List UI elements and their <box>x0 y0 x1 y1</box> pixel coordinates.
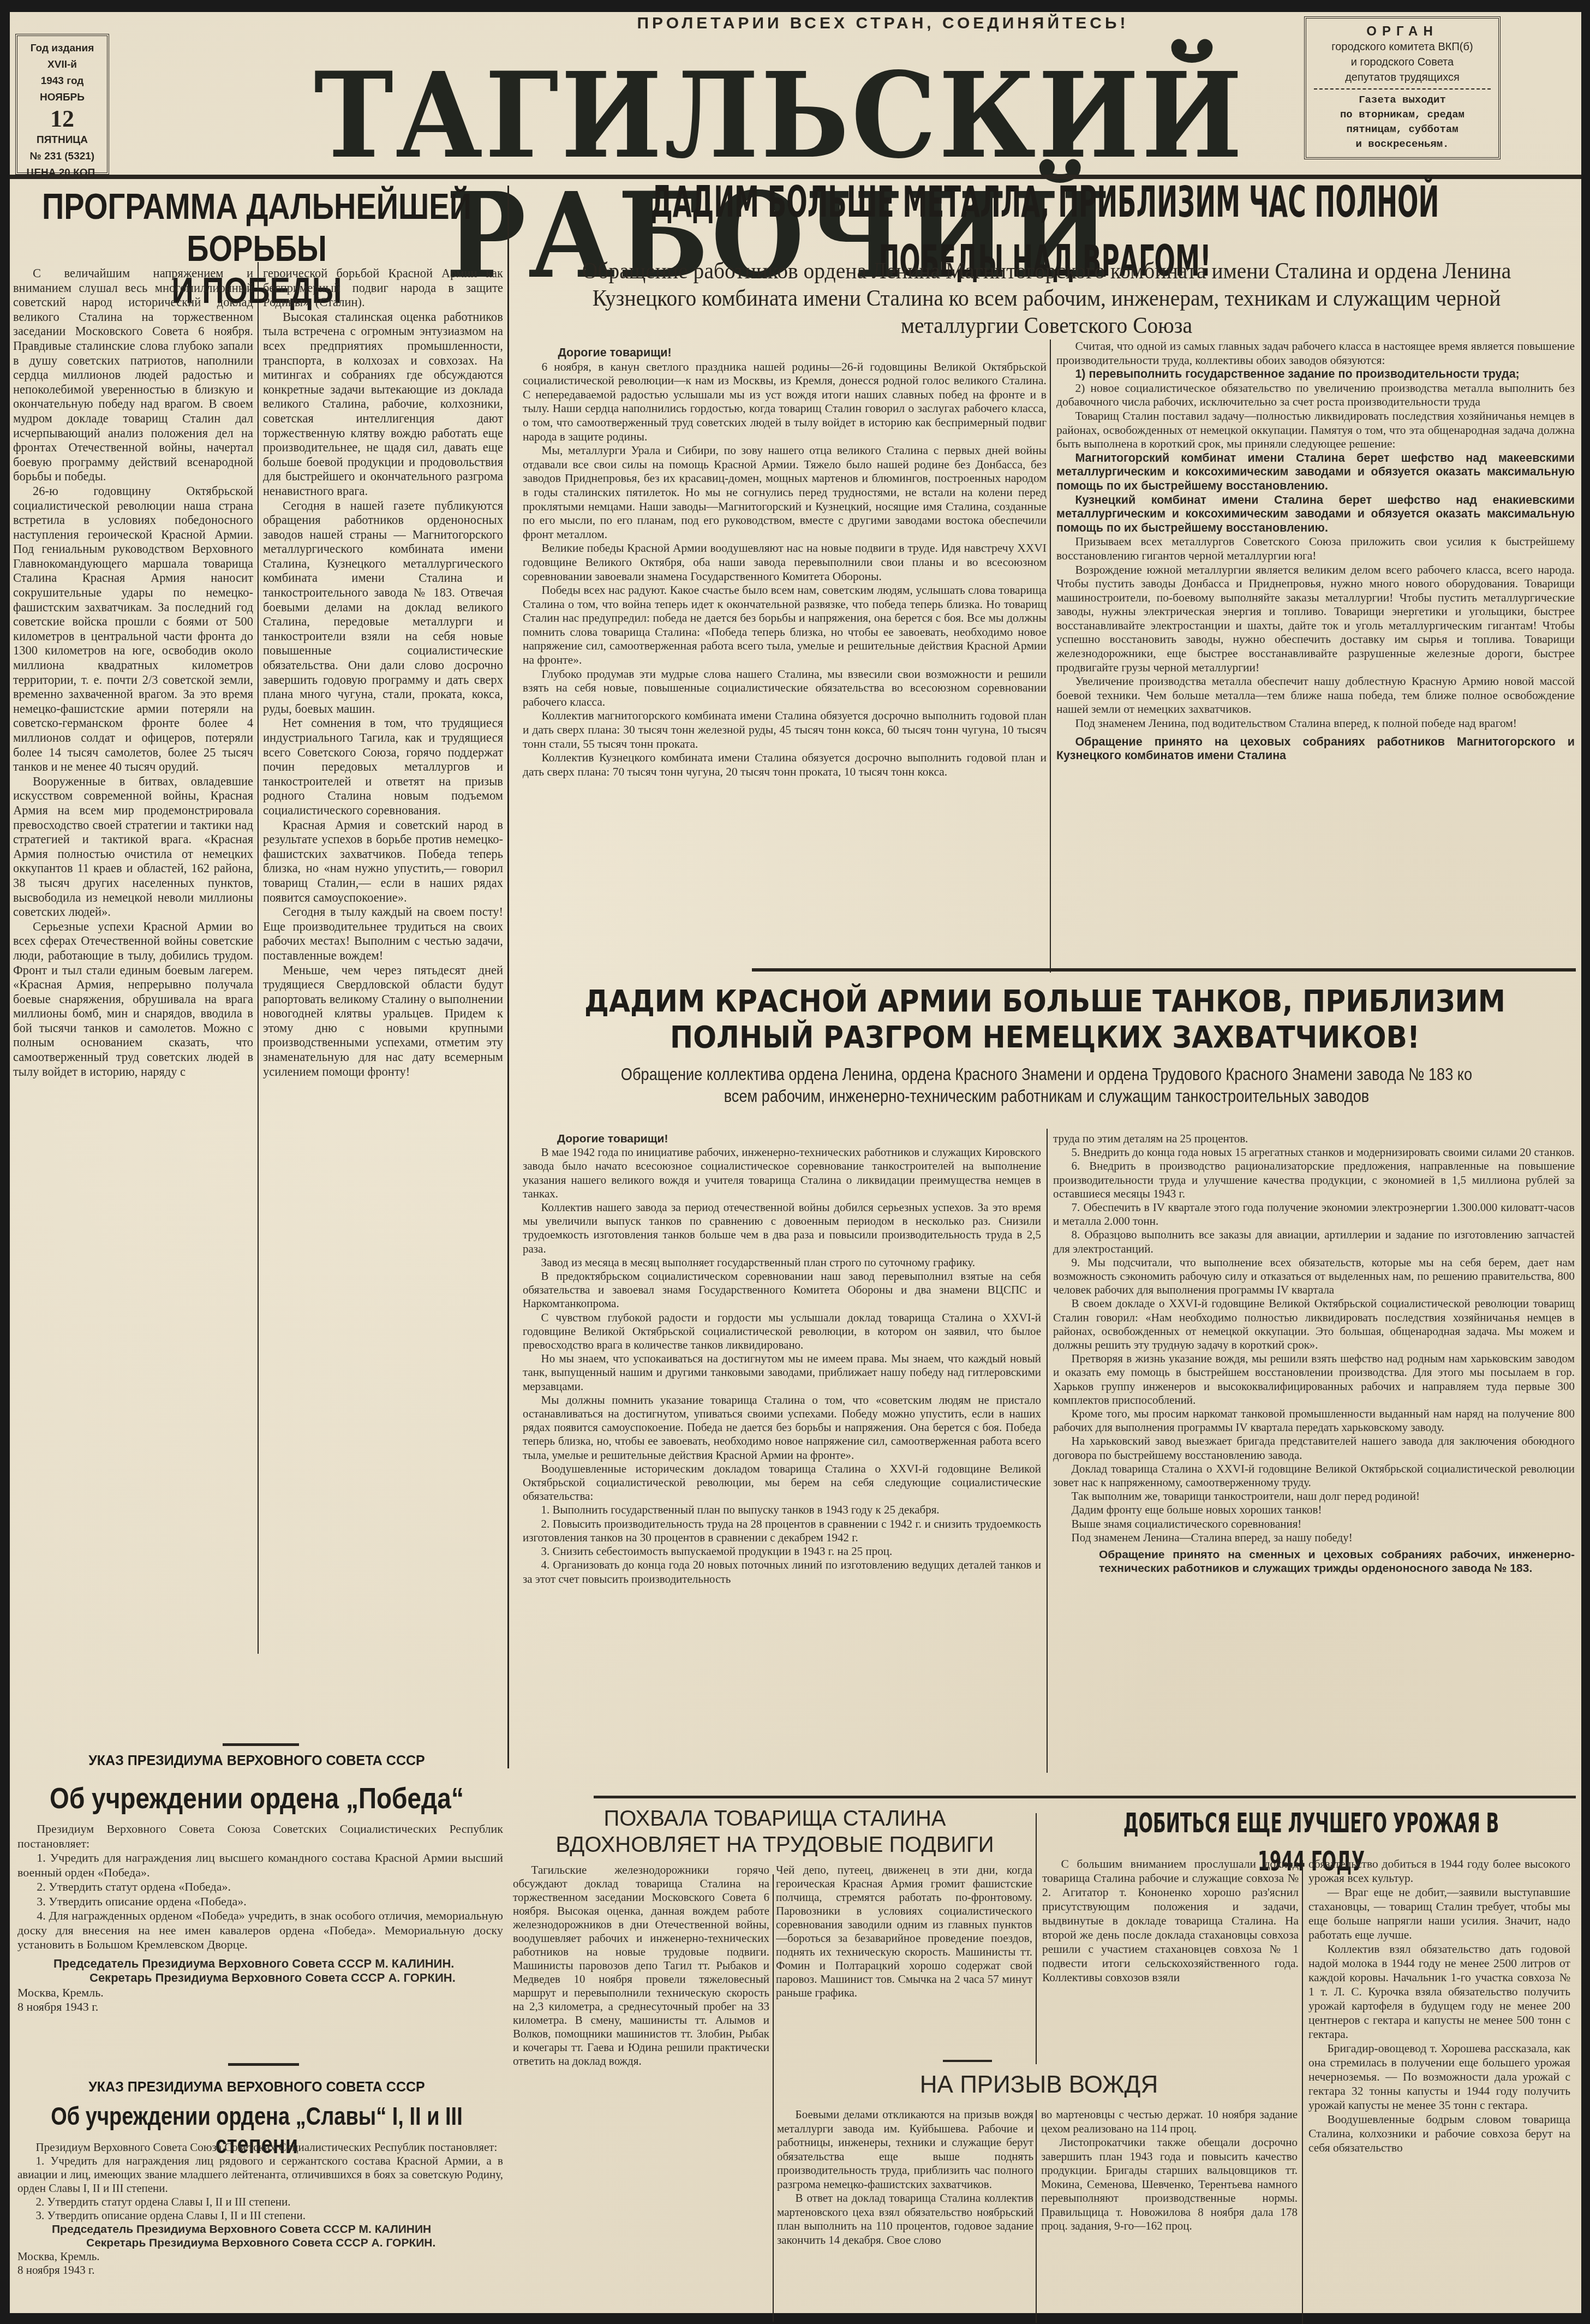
day: 12 <box>17 106 107 132</box>
list-item: 4. Для награжденных орденом «Победа» учр… <box>17 1909 503 1952</box>
paragraph: В ответ на доклад товарища Сталина колле… <box>777 2191 1033 2247</box>
paragraph: Победы всех нас радуют. Какое счастье бы… <box>523 583 1047 668</box>
footer-note: Обращение принято на сменных и цеховых с… <box>1053 1548 1575 1575</box>
list-item: 9. Мы подсчитали, что выполнение всех об… <box>1053 1256 1575 1297</box>
call-headline: НА ПРИЗЫВ ВОЖДЯ <box>777 2071 1301 2099</box>
headline-line: ДАДИМ КРАСНОЙ АРМИИ БОЛЬШЕ ТАНКОВ, ПРИБЛ… <box>566 984 1524 1020</box>
paragraph: героической борьбой Красной Армии как бе… <box>263 266 503 310</box>
date-box: Год издания XVII-й 1943 год НОЯБРЬ 12 ПЯ… <box>15 34 109 175</box>
editorial-col-2: героической борьбой Красной Армии как бе… <box>263 266 503 1079</box>
column-rule <box>1036 2110 1037 2313</box>
praise-col-2: Чей депо, путеец, движенец в эти дни, ко… <box>776 1863 1032 2000</box>
list-item: 7. Обеспечить в IV квартале этого года п… <box>1053 1201 1575 1228</box>
schedule-line: по вторникам, средам <box>1306 108 1498 122</box>
paragraph: Магнитогорский комбинат имени Сталина бе… <box>1056 451 1575 493</box>
tanks-subhead: Обращение коллектива ордена Ленина, орде… <box>611 1063 1483 1107</box>
paragraph: Президиум Верховного Совета Союза Советс… <box>17 2141 503 2154</box>
divider <box>1314 88 1491 90</box>
newspaper-page: Год издания XVII-й 1943 год НОЯБРЬ 12 ПЯ… <box>10 12 1581 2313</box>
year: 1943 год <box>17 73 107 90</box>
paragraph: Мы, металлурги Урала и Сибири, по зову н… <box>523 444 1047 541</box>
month: НОЯБРЬ <box>17 90 107 106</box>
ukaz-title: Об учреждении ордена „Победа“ <box>10 1781 504 1815</box>
paragraph: во мартеновцы с честью держат. 10 ноября… <box>1041 2108 1298 2136</box>
paragraph: Листопрокатчики также обещали досрочно з… <box>1041 2136 1298 2233</box>
paragraph: Высокая сталинская оценка работников тыл… <box>263 310 503 499</box>
paragraph: Дадим фронту еще больше новых хороших та… <box>1053 1503 1575 1517</box>
list-item: 6. Внедрить в производство рационализато… <box>1053 1159 1575 1201</box>
organ-line: и городского Совета <box>1306 55 1498 70</box>
paragraph: Мы должны помнить указание товарища Стал… <box>523 1393 1041 1462</box>
paragraph: На харьковский завод выезжает бригада пр… <box>1053 1434 1575 1462</box>
praise-headline: ПОХВАЛА ТОВАРИЩА СТАЛИНА ВДОХНОВЛЯЕТ НА … <box>513 1805 1037 1858</box>
divider <box>943 2060 992 2062</box>
paragraph: С большим вниманием прослушали доклад то… <box>1042 1857 1299 1985</box>
ukaz-kicker: УКАЗ ПРЕЗИДИУМА ВЕРХОВНОГО СОВЕТА СССР <box>10 2079 504 2095</box>
metal-col-left: Дорогие товарищи! 6 ноября, в канун свет… <box>523 346 1047 779</box>
paragraph: Воодушевленные бодрым словом товарища Ст… <box>1308 2112 1570 2155</box>
list-item: 3. Утвердить описание ордена Славы I, II… <box>17 2209 503 2222</box>
organ-title: ОРГАН <box>1306 24 1498 39</box>
tanks-col-right: труда по этим деталям на 25 процентов. 5… <box>1053 1132 1575 1576</box>
paragraph: В предоктябрьском социалистическом сорев… <box>523 1270 1041 1311</box>
paragraph: 2) новое социалистическое обязательство … <box>1056 382 1575 409</box>
paragraph: Коллектив нашего завода за период отечес… <box>523 1201 1041 1256</box>
signature: Секретарь Президиума Верховного Совета С… <box>17 2236 503 2250</box>
signature: Председатель Президиума Верховного Совет… <box>17 1957 503 1971</box>
column-rule <box>1036 1813 1037 2064</box>
list-item: 2. Повысить производительность труда на … <box>523 1517 1041 1545</box>
issue-number: № 231 (5321) <box>17 148 107 165</box>
organ-line: депутатов трудящихся <box>1306 70 1498 85</box>
paragraph: Воодушевленные историческим докладом тов… <box>523 1462 1041 1504</box>
paragraph: Тагильские железнодорожники горячо обсуж… <box>513 1863 769 2068</box>
paragraph: Кроме того, мы просим наркомат танковой … <box>1053 1407 1575 1434</box>
salutation: Дорогие товарищи! <box>523 346 1047 360</box>
editorial-col-1: С величайшим напряжением и вниманием слу… <box>13 266 253 1079</box>
praise-col-1: Тагильские железнодорожники горячо обсуж… <box>513 1863 769 2068</box>
organ-box: ОРГАН городского комитета ВКП(б) и город… <box>1304 16 1501 159</box>
paragraph: Президиум Верховного Совета Союза Советс… <box>17 1822 503 1851</box>
paragraph: Коллектив взял обязательство дать годово… <box>1308 1942 1570 2041</box>
paragraph: Бригадир-овощевод т. Хорошева рассказала… <box>1308 2041 1570 2112</box>
paragraph: обязательство добиться в 1944 году более… <box>1308 1857 1570 1885</box>
paragraph: Возрождение южной металлургии является в… <box>1056 563 1575 675</box>
headline-line: ВДОХНОВЛЯЕТ НА ТРУДОВЫЕ ПОДВИГИ <box>513 1832 1037 1858</box>
signature: Председатель Президиума Верховного Совет… <box>17 2222 503 2236</box>
organ-line: городского комитета ВКП(б) <box>1306 39 1498 55</box>
column-rule <box>1302 1860 1303 2313</box>
list-item: 8. Образцово выполнить все заказы для ав… <box>1053 1228 1575 1255</box>
place: Москва, Кремль. <box>17 1986 503 2000</box>
footer-note: Обращение принято на цеховых собраниях р… <box>1056 735 1575 763</box>
paragraph: Боевыми делами откликаются на призыв вож… <box>777 2108 1033 2191</box>
paragraph: Сегодня в тылу каждый на своем посту! Ещ… <box>263 905 503 963</box>
section-rule <box>752 968 1576 972</box>
paragraph: Красная Армия и советский народ в резуль… <box>263 818 503 905</box>
list-item: труда по этим деталям на 25 процентов. <box>1053 1132 1575 1146</box>
paragraph: — Враг еще не добит,—заявили выступавшие… <box>1308 1885 1570 1942</box>
list-item: 1. Выполнить государственный план по вып… <box>523 1503 1041 1517</box>
list-item: 2. Утвердить статут ордена «Победа». <box>17 1880 503 1894</box>
paragraph: Вооруженные в битвах, овладевшие искусст… <box>13 774 253 920</box>
paragraph: 1) перевыполнить государственное задание… <box>1056 367 1575 382</box>
paragraph: 26-ю годовщину Октябрьской социалистичес… <box>13 484 253 774</box>
weekday: ПЯТНИЦА <box>17 132 107 148</box>
column-rule <box>1047 1129 1048 1773</box>
metal-subhead: Обращение работников ордена Ленина Магни… <box>575 258 1519 339</box>
paragraph: Доклад товарища Сталина о XXVI-й годовщи… <box>1053 1462 1575 1489</box>
list-item: 2. Утвердить статут ордена Славы I, II и… <box>17 2195 503 2209</box>
paragraph: Считая, что одной из самых главных задач… <box>1056 339 1575 367</box>
paragraph: Коллектив магнитогорского комбината имен… <box>523 709 1047 751</box>
ukaz-slava-body: Президиум Верховного Совета Союза Советс… <box>17 2141 503 2277</box>
paragraph: Но мы знаем, что успокаиваться на достиг… <box>523 1352 1041 1393</box>
paragraph: В мае 1942 года по инициативе рабочих, и… <box>523 1146 1041 1201</box>
paragraph: Кузнецкий комбинат имени Сталина берет ш… <box>1056 493 1575 535</box>
paragraph: Нет сомнения в том, что трудящиеся индус… <box>263 716 503 818</box>
headline-line: ПОЛНЫЙ РАЗГРОМ НЕМЕЦКИХ ЗАХВАТЧИКОВ! <box>566 1020 1524 1056</box>
paragraph: Сегодня в нашей газете публикуются обращ… <box>263 499 503 717</box>
schedule-line: и воскресеньям. <box>1306 137 1498 152</box>
motto: ПРОЛЕТАРИИ ВСЕХ СТРАН, СОЕДИНЯЙТЕСЬ! <box>501 14 1265 33</box>
call-col-2: во мартеновцы с честью держат. 10 ноября… <box>1041 2108 1298 2233</box>
date: 8 ноября 1943 г. <box>17 2000 503 2015</box>
list-item: 5. Внедрить до конца года новых 15 агрег… <box>1053 1146 1575 1159</box>
place: Москва, Кремль. <box>17 2250 503 2263</box>
ukaz-kicker: УКАЗ ПРЕЗИДИУМА ВЕРХОВНОГО СОВЕТА СССР <box>10 1753 504 1769</box>
paragraph: Завод из месяца в месяц выполняет госуда… <box>523 1256 1041 1270</box>
paragraph: Товарищ Сталин поставил задачу—полностью… <box>1056 409 1575 451</box>
paragraph: Серьезные успехи Красной Армии во всех с… <box>13 920 253 1080</box>
paragraph: В своем докладе о XXVI-й годовщине Велик… <box>1053 1297 1575 1352</box>
list-item: 4. Организовать до конца года 20 новых п… <box>523 1558 1041 1586</box>
divider <box>223 1743 299 1746</box>
paragraph: 6 ноября, в канун светлого праздника наш… <box>523 360 1047 444</box>
paragraph: Меньше, чем через пятьдесят дней трудящи… <box>263 963 503 1080</box>
paragraph: Выше знамя социалистического соревновани… <box>1053 1517 1575 1531</box>
salutation: Дорогие товарищи! <box>523 1132 1041 1146</box>
paragraph: Увеличение производства металла обеспечи… <box>1056 675 1575 717</box>
list-item: 1. Учредить для награждения лиц высшего … <box>17 1851 503 1880</box>
metal-col-right: Считая, что одной из самых главных задач… <box>1056 339 1575 763</box>
paragraph: Претворяя в жизнь указание вождя, мы реш… <box>1053 1352 1575 1407</box>
column-rule <box>507 186 509 1768</box>
divider <box>228 2063 299 2066</box>
list-item: 3. Утвердить описание ордена «Победа». <box>17 1894 503 1909</box>
harvest-col-1: С большим вниманием прослушали доклад то… <box>1042 1857 1299 1985</box>
year-of-issue: Год издания XVII-й <box>17 40 107 73</box>
paragraph: Коллектив Кузнецкого комбината имени Ста… <box>523 751 1047 779</box>
date: 8 ноября 1943 г. <box>17 2263 503 2277</box>
signature: Секретарь Президиума Верховного Совета С… <box>17 1971 503 1986</box>
harvest-col-2: обязательство добиться в 1944 году более… <box>1308 1857 1570 2155</box>
paragraph: Так выполним же, товарищи танкостроители… <box>1053 1489 1575 1503</box>
section-rule <box>594 1796 1576 1798</box>
headline-line: ПРОГРАММА ДАЛЬНЕЙШЕЙ БОРЬБЫ <box>10 186 504 270</box>
list-item: 1. Учредить для награждения лиц рядового… <box>17 2154 503 2195</box>
paragraph: Чей депо, путеец, движенец в эти дни, ко… <box>776 1863 1032 2000</box>
paragraph: С чувством глубокой радости и гордости м… <box>523 1311 1041 1352</box>
paragraph: Призываем всех металлургов Советского Со… <box>1056 535 1575 563</box>
schedule-line: пятницам, субботам <box>1306 122 1498 137</box>
paragraph: Под знаменем Ленина, под водительством С… <box>1056 717 1575 731</box>
schedule-line: Газета выходит <box>1306 93 1498 108</box>
call-col-1: Боевыми делами откликаются на призыв вож… <box>777 2108 1033 2247</box>
paragraph: С величайшим напряжением и вниманием слу… <box>13 266 253 484</box>
list-item: 3. Снизить себестоимость выпускаемой про… <box>523 1545 1041 1558</box>
column-rule <box>773 1874 774 2313</box>
tanks-col-left: Дорогие товарищи! В мае 1942 года по ини… <box>523 1132 1041 1586</box>
column-rule <box>258 262 259 1654</box>
ukaz-pobeda-body: Президиум Верховного Совета Союза Советс… <box>17 1822 503 2015</box>
headline-line: ПОХВАЛА ТОВАРИЩА СТАЛИНА <box>513 1805 1037 1832</box>
paragraph: Глубоко продумав эти мудрые слова нашего… <box>523 668 1047 710</box>
paragraph: Под знаменем Ленина—Сталина вперед, за н… <box>1053 1531 1575 1545</box>
tanks-headline: ДАДИМ КРАСНОЙ АРМИИ БОЛЬШЕ ТАНКОВ, ПРИБЛ… <box>566 984 1524 1056</box>
column-rule <box>1050 339 1051 973</box>
paragraph: Великие победы Красной Армии воодушевляю… <box>523 541 1047 583</box>
